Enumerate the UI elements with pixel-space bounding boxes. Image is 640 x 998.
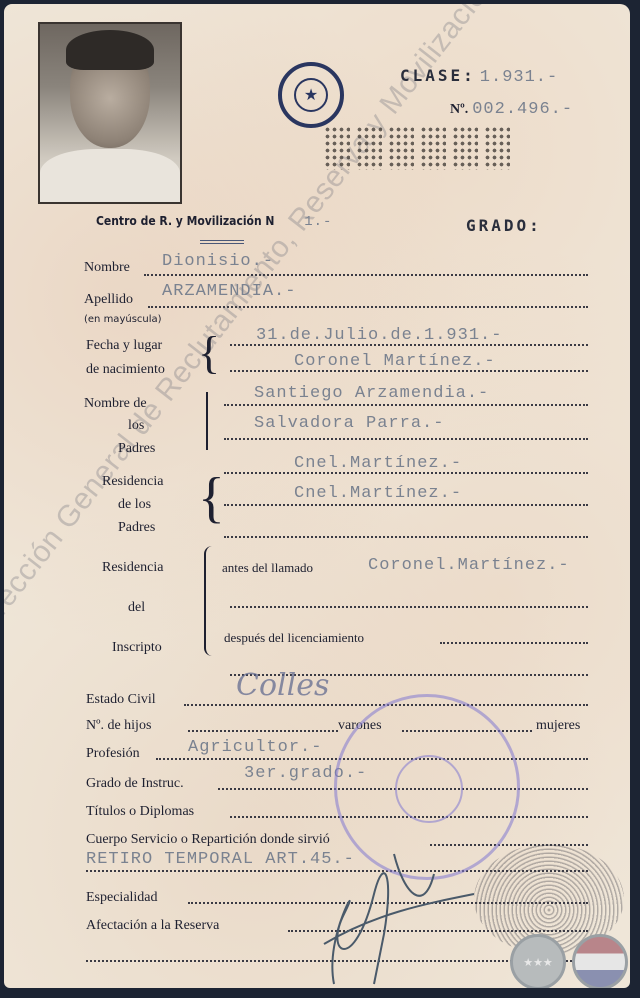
padres-label-2: los (128, 418, 144, 434)
perforated-number (324, 126, 516, 180)
lugar-line (230, 370, 588, 372)
divider (200, 240, 244, 244)
madre-value: Salvadora Parra.- (254, 414, 444, 433)
bracket (204, 546, 214, 656)
paraguay-flag-badge-icon (572, 934, 628, 988)
titulos-label: Títulos o Diplomas (86, 804, 194, 820)
res-padres-label-1: Residencia (102, 474, 163, 490)
apellido-label: Apellido (84, 292, 133, 308)
centro-row: Centro de R. y Movilización N 1.- (96, 214, 332, 230)
antes-value: Coronel.Martínez.- (368, 556, 570, 575)
antes-line-2 (230, 606, 588, 608)
res-inscripto-label-3: Inscripto (112, 640, 162, 656)
res-padres-line-1 (224, 472, 588, 474)
padre-value: Santiego Arzamendia.- (254, 384, 489, 403)
republic-seal-icon: ★ (278, 62, 344, 128)
grado-instruc-label: Grado de Instruc. (86, 776, 184, 792)
nombre-value: Dionisio.- (162, 252, 274, 271)
mujeres-label: mujeres (536, 718, 580, 734)
centro-label: Centro de R. y Movilización N (96, 214, 274, 228)
res-padres-value-1: Cnel.Martínez.- (294, 454, 462, 473)
clase-value: 1.931.- (480, 68, 558, 87)
varones-line (188, 730, 338, 732)
apellido-sublabel: (en mayúscula) (84, 314, 162, 325)
nacimiento-label-1: Fecha y lugar (86, 338, 162, 354)
despues-label: después del licenciamiento (224, 630, 364, 646)
registration-card: Dirección General de Reclutamiento, Rese… (4, 4, 630, 988)
res-inscripto-label-1: Residencia (102, 560, 163, 576)
res-padres-line-2 (224, 504, 588, 506)
centro-value: 1.- (304, 214, 332, 230)
apellido-value: ARZAMENDIA.- (162, 282, 296, 301)
afectacion-label: Afectación a la Reserva (86, 918, 219, 934)
clase-row: CLASE: 1.931.- (400, 66, 558, 87)
padres-label-1: Nombre de (84, 396, 147, 412)
numero-label: Nº. (450, 102, 468, 117)
res-padres-line-3 (224, 536, 588, 538)
hijos-label: Nº. de hijos (86, 718, 151, 734)
madre-line (224, 438, 588, 440)
brace-icon: { (198, 326, 220, 379)
brace-icon: { (198, 466, 225, 530)
fecha-nacimiento-value: 31.de.Julio.de.1.931.- (256, 326, 502, 345)
apellido-line (148, 306, 588, 308)
res-padres-value-2: Cnel.Martínez.- (294, 484, 462, 503)
antes-label: antes del llamado (222, 560, 313, 576)
numero-value: 002.496.- (472, 100, 573, 119)
despues-line (440, 642, 588, 644)
estado-civil-label: Estado Civil (86, 692, 156, 708)
padre-line (224, 404, 588, 406)
clase-label: CLASE: (400, 66, 476, 85)
cuerpo-label: Cuerpo Servicio o Repartición donde sirv… (86, 832, 330, 848)
nacimiento-label-2: de nacimiento (86, 362, 165, 378)
bracket (206, 392, 208, 450)
signature (304, 834, 484, 988)
profesion-value: Agricultor.- (188, 738, 322, 757)
fecha-line (230, 344, 588, 346)
grado-label: GRADO: (466, 216, 542, 235)
res-padres-label-3: Padres (118, 520, 155, 536)
handwritten-note: Colles (236, 668, 329, 703)
star-icon: ★ (294, 78, 328, 112)
res-padres-label-2: de los (118, 497, 151, 513)
res-inscripto-label-2: del (128, 600, 145, 616)
nombre-label: Nombre (84, 260, 130, 276)
three-stars-badge-icon: ★★★ (510, 934, 566, 988)
lugar-nacimiento-value: Coronel Martínez.- (294, 352, 496, 371)
portrait-photo (38, 22, 182, 204)
padres-label-3: Padres (118, 441, 155, 457)
numero-row: Nº. 002.496.- (450, 100, 573, 119)
nombre-line (144, 274, 588, 276)
especialidad-label: Especialidad (86, 890, 158, 906)
profesion-label: Profesión (86, 746, 140, 762)
